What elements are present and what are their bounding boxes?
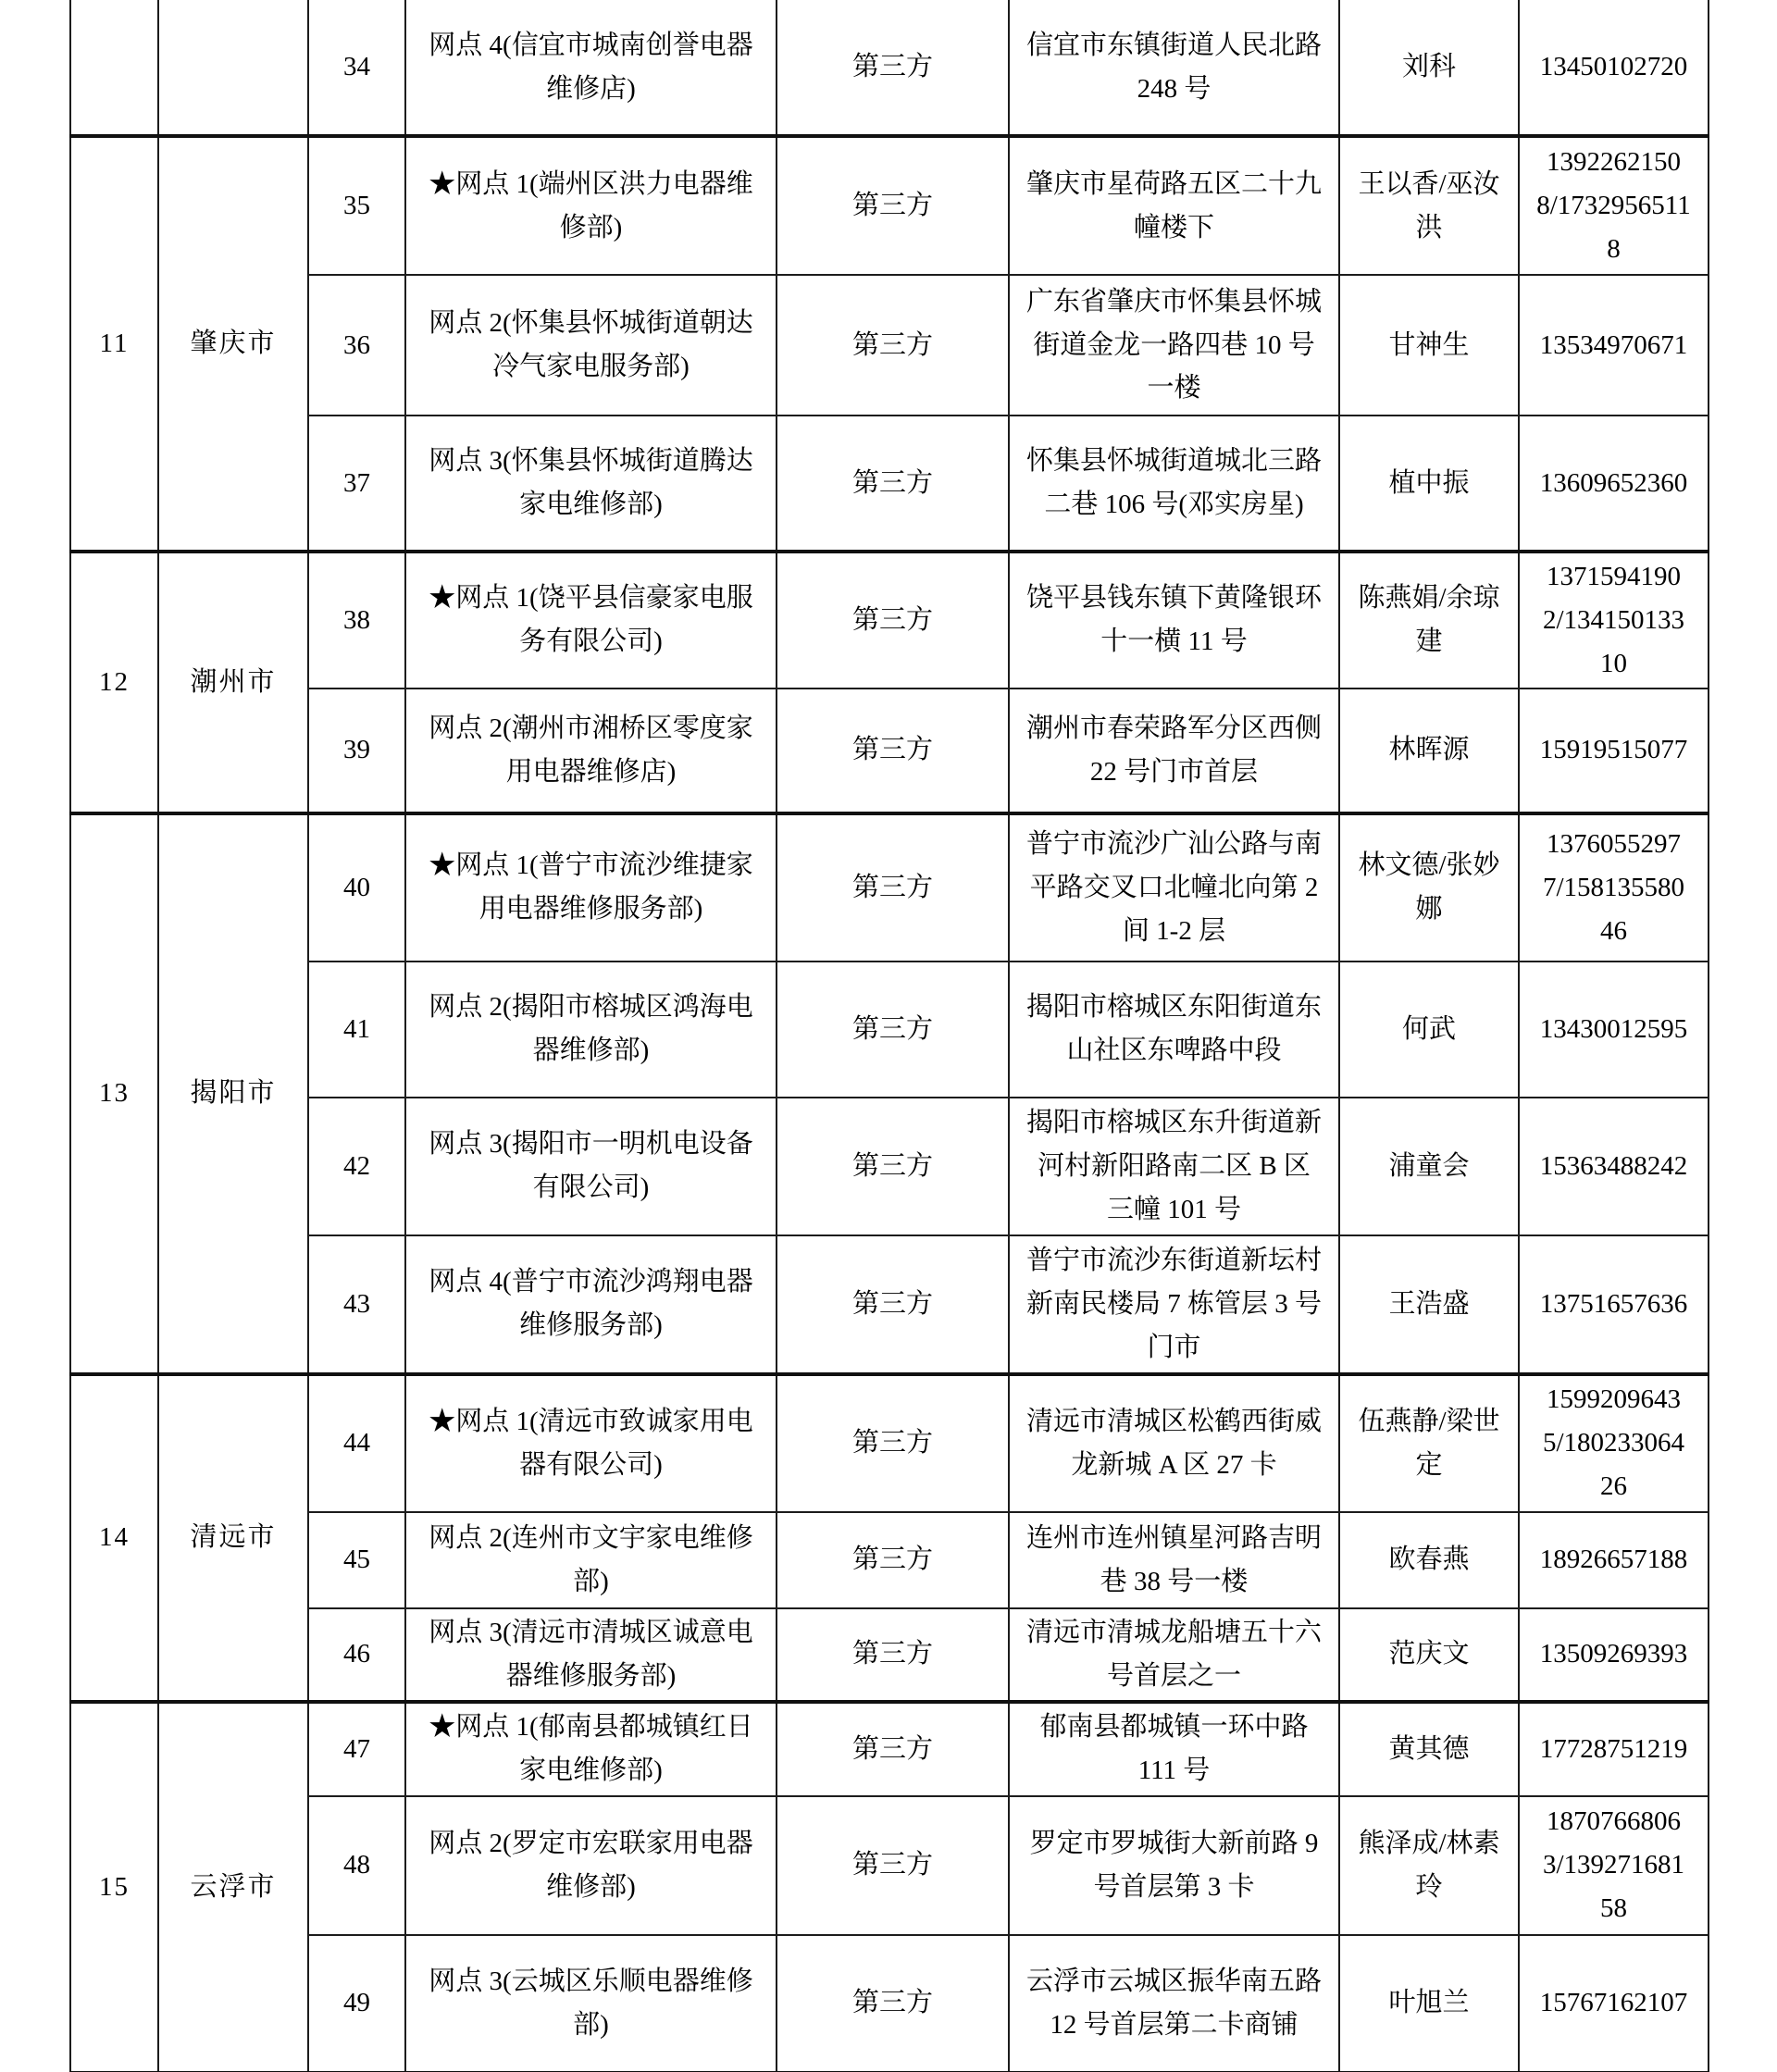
- table-row: 49 网点 3(云城区乐顺电器维修部) 第三方 云浮市云城区振华南五路 12 号…: [70, 1935, 1709, 2072]
- cell-address: 云浮市云城区振华南五路 12 号首层第二卡商铺: [1009, 1935, 1339, 2072]
- cell-row-num: 43: [308, 1235, 405, 1374]
- cell-phone: 18707668063/13927168158: [1519, 1796, 1709, 1935]
- table-row: 13 揭阳市 40 ★网点 1(普宁市流沙维捷家用电器维修服务部) 第三方 普宁…: [70, 813, 1709, 962]
- cell-phone: 13715941902/13415013310: [1519, 552, 1709, 689]
- cell-contact: 叶旭兰: [1339, 1935, 1519, 2072]
- cell-address: 连州市连州镇星河路吉明巷 38 号一楼: [1009, 1512, 1339, 1608]
- cell-address: 普宁市流沙广汕公路与南平路交叉口北幢北向第 2 间 1-2 层: [1009, 813, 1339, 962]
- cell-type: 第三方: [777, 1608, 1009, 1702]
- service-outlets-table: 34 网点 4(信宜市城南创誉电器维修店) 第三方 信宜市东镇街道人民北路 24…: [69, 0, 1709, 2072]
- cell-outlet-name: 网点 2(揭阳市榕城区鸿海电器维修部): [405, 962, 777, 1098]
- cell-contact: 王浩盛: [1339, 1235, 1519, 1374]
- table-row: 37 网点 3(怀集县怀城街道腾达家电维修部) 第三方 怀集县怀城街道城北三路二…: [70, 416, 1709, 552]
- cell-group-seq: 14: [70, 1374, 158, 1702]
- cell-city: 潮州市: [158, 552, 308, 813]
- cell-phone: 13609652360: [1519, 416, 1709, 552]
- cell-contact: 伍燕静/梁世定: [1339, 1374, 1519, 1512]
- cell-type: 第三方: [777, 1702, 1009, 1796]
- cell-contact: 林文德/张妙娜: [1339, 813, 1519, 962]
- cell-row-num: 36: [308, 275, 405, 416]
- cell-contact: 王以香/巫汝洪: [1339, 136, 1519, 275]
- cell-row-num: 42: [308, 1098, 405, 1235]
- cell-row-num: 39: [308, 689, 405, 813]
- cell-city: 揭阳市: [158, 813, 308, 1374]
- cell-phone: 15992096435/18023306426: [1519, 1374, 1709, 1512]
- cell-phone: 15767162107: [1519, 1935, 1709, 2072]
- table-row: 14 清远市 44 ★网点 1(清远市致诚家用电器有限公司) 第三方 清远市清城…: [70, 1374, 1709, 1512]
- cell-phone: 13509269393: [1519, 1608, 1709, 1702]
- cell-outlet-name: 网点 3(清远市清城区诚意电器维修服务部): [405, 1608, 777, 1702]
- cell-row-num: 46: [308, 1608, 405, 1702]
- cell-phone: 17728751219: [1519, 1702, 1709, 1796]
- cell-contact: 黄其德: [1339, 1702, 1519, 1796]
- cell-outlet-name: 网点 2(罗定市宏联家用电器维修部): [405, 1796, 777, 1935]
- cell-outlet-name: 网点 3(怀集县怀城街道腾达家电维修部): [405, 416, 777, 552]
- cell-outlet-name: ★网点 1(郁南县都城镇红日家电维修部): [405, 1702, 777, 1796]
- cell-address: 信宜市东镇街道人民北路 248 号: [1009, 0, 1339, 136]
- cell-address: 肇庆市星荷路五区二十九幢楼下: [1009, 136, 1339, 275]
- cell-row-num: 44: [308, 1374, 405, 1512]
- cell-address: 揭阳市榕城区东阳街道东山社区东啤路中段: [1009, 962, 1339, 1098]
- cell-row-num: 40: [308, 813, 405, 962]
- table-row: 39 网点 2(潮州市湘桥区零度家用电器维修店) 第三方 潮州市春荣路军分区西侧…: [70, 689, 1709, 813]
- cell-phone: 13450102720: [1519, 0, 1709, 136]
- cell-type: 第三方: [777, 1796, 1009, 1935]
- cell-outlet-name: 网点 3(云城区乐顺电器维修部): [405, 1935, 777, 2072]
- cell-type: 第三方: [777, 813, 1009, 962]
- cell-phone: 15919515077: [1519, 689, 1709, 813]
- cell-row-num: 48: [308, 1796, 405, 1935]
- cell-group-seq: 12: [70, 552, 158, 813]
- cell-address: 清远市清城龙船塘五十六号首层之一: [1009, 1608, 1339, 1702]
- cell-row-num: 37: [308, 416, 405, 552]
- cell-phone: 13922621508/17329565118: [1519, 136, 1709, 275]
- cell-phone: 18926657188: [1519, 1512, 1709, 1608]
- cell-address: 怀集县怀城街道城北三路二巷 106 号(邓实房星): [1009, 416, 1339, 552]
- cell-phone: 13534970671: [1519, 275, 1709, 416]
- cell-type: 第三方: [777, 136, 1009, 275]
- cell-type: 第三方: [777, 1512, 1009, 1608]
- cell-type: 第三方: [777, 689, 1009, 813]
- cell-address: 潮州市春荣路军分区西侧 22 号门市首层: [1009, 689, 1339, 813]
- cell-outlet-name: 网点 4(信宜市城南创誉电器维修店): [405, 0, 777, 136]
- cell-address: 罗定市罗城街大新前路 9 号首层第 3 卡: [1009, 1796, 1339, 1935]
- cell-type: 第三方: [777, 552, 1009, 689]
- cell-phone: 13760552977/15813558046: [1519, 813, 1709, 962]
- table-row: 34 网点 4(信宜市城南创誉电器维修店) 第三方 信宜市东镇街道人民北路 24…: [70, 0, 1709, 136]
- cell-contact: 陈燕娟/余琼建: [1339, 552, 1519, 689]
- cell-type: 第三方: [777, 416, 1009, 552]
- cell-group-seq: 15: [70, 1702, 158, 2072]
- cell-outlet-name: ★网点 1(清远市致诚家用电器有限公司): [405, 1374, 777, 1512]
- cell-phone: 15363488242: [1519, 1098, 1709, 1235]
- cell-group-seq: 11: [70, 136, 158, 552]
- table-row: 41 网点 2(揭阳市榕城区鸿海电器维修部) 第三方 揭阳市榕城区东阳街道东山社…: [70, 962, 1709, 1098]
- cell-type: 第三方: [777, 1235, 1009, 1374]
- cell-outlet-name: 网点 2(潮州市湘桥区零度家用电器维修店): [405, 689, 777, 813]
- cell-contact: 林晖源: [1339, 689, 1519, 813]
- cell-contact: 范庆文: [1339, 1608, 1519, 1702]
- cell-contact: 熊泽成/林素玲: [1339, 1796, 1519, 1935]
- cell-type: 第三方: [777, 275, 1009, 416]
- cell-row-num: 45: [308, 1512, 405, 1608]
- cell-contact: 甘神生: [1339, 275, 1519, 416]
- table-row: 43 网点 4(普宁市流沙鸿翔电器维修服务部) 第三方 普宁市流沙东街道新坛村新…: [70, 1235, 1709, 1374]
- table-row: 46 网点 3(清远市清城区诚意电器维修服务部) 第三方 清远市清城龙船塘五十六…: [70, 1608, 1709, 1702]
- cell-contact: 欧春燕: [1339, 1512, 1519, 1608]
- cell-address: 清远市清城区松鹤西街威龙新城 A 区 27 卡: [1009, 1374, 1339, 1512]
- cell-group-seq: 13: [70, 813, 158, 1374]
- cell-city: 云浮市: [158, 1702, 308, 2072]
- cell-row-num: 47: [308, 1702, 405, 1796]
- table-row: 45 网点 2(连州市文宇家电维修部) 第三方 连州市连州镇星河路吉明巷 38 …: [70, 1512, 1709, 1608]
- cell-contact: 刘科: [1339, 0, 1519, 136]
- cell-address: 普宁市流沙东街道新坛村新南民楼局 7 栋管层 3 号门市: [1009, 1235, 1339, 1374]
- table-row: 42 网点 3(揭阳市一明机电设备有限公司) 第三方 揭阳市榕城区东升街道新河村…: [70, 1098, 1709, 1235]
- cell-row-num: 35: [308, 136, 405, 275]
- cell-outlet-name: ★网点 1(端州区洪力电器维修部): [405, 136, 777, 275]
- table-row: 11 肇庆市 35 ★网点 1(端州区洪力电器维修部) 第三方 肇庆市星荷路五区…: [70, 136, 1709, 275]
- cell-row-num: 38: [308, 552, 405, 689]
- cell-phone: 13751657636: [1519, 1235, 1709, 1374]
- cell-contact: 何武: [1339, 962, 1519, 1098]
- cell-type: 第三方: [777, 1374, 1009, 1512]
- cell-contact: 植中振: [1339, 416, 1519, 552]
- cell-outlet-name: 网点 4(普宁市流沙鸿翔电器维修服务部): [405, 1235, 777, 1374]
- cell-group-seq: [70, 0, 158, 136]
- cell-city: 肇庆市: [158, 136, 308, 552]
- cell-outlet-name: 网点 2(连州市文宇家电维修部): [405, 1512, 777, 1608]
- cell-type: 第三方: [777, 1935, 1009, 2072]
- cell-outlet-name: 网点 3(揭阳市一明机电设备有限公司): [405, 1098, 777, 1235]
- document-page: 34 网点 4(信宜市城南创誉电器维修店) 第三方 信宜市东镇街道人民北路 24…: [0, 0, 1777, 2072]
- cell-city: 清远市: [158, 1374, 308, 1702]
- cell-row-num: 34: [308, 0, 405, 136]
- cell-type: 第三方: [777, 962, 1009, 1098]
- cell-address: 饶平县钱东镇下黄隆银环十一横 11 号: [1009, 552, 1339, 689]
- table-row: 15 云浮市 47 ★网点 1(郁南县都城镇红日家电维修部) 第三方 郁南县都城…: [70, 1702, 1709, 1796]
- cell-outlet-name: ★网点 1(普宁市流沙维捷家用电器维修服务部): [405, 813, 777, 962]
- cell-address: 郁南县都城镇一环中路 111 号: [1009, 1702, 1339, 1796]
- cell-type: 第三方: [777, 0, 1009, 136]
- table-row: 48 网点 2(罗定市宏联家用电器维修部) 第三方 罗定市罗城街大新前路 9 号…: [70, 1796, 1709, 1935]
- cell-row-num: 41: [308, 962, 405, 1098]
- cell-outlet-name: ★网点 1(饶平县信豪家电服务有限公司): [405, 552, 777, 689]
- cell-contact: 浦童会: [1339, 1098, 1519, 1235]
- cell-outlet-name: 网点 2(怀集县怀城街道朝达冷气家电服务部): [405, 275, 777, 416]
- cell-address: 广东省肇庆市怀集县怀城街道金龙一路四巷 10 号一楼: [1009, 275, 1339, 416]
- cell-address: 揭阳市榕城区东升街道新河村新阳路南二区 B 区三幢 101 号: [1009, 1098, 1339, 1235]
- cell-type: 第三方: [777, 1098, 1009, 1235]
- table-row: 12 潮州市 38 ★网点 1(饶平县信豪家电服务有限公司) 第三方 饶平县钱东…: [70, 552, 1709, 689]
- cell-row-num: 49: [308, 1935, 405, 2072]
- cell-city: [158, 0, 308, 136]
- table-row: 36 网点 2(怀集县怀城街道朝达冷气家电服务部) 第三方 广东省肇庆市怀集县怀…: [70, 275, 1709, 416]
- cell-phone: 13430012595: [1519, 962, 1709, 1098]
